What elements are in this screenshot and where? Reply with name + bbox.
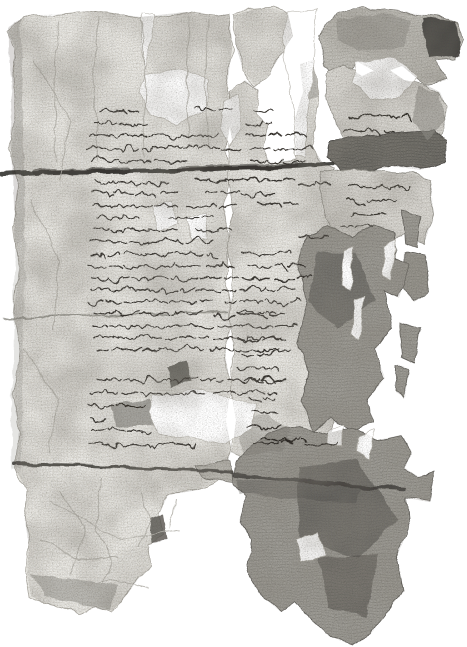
manuscript-scan (0, 0, 467, 647)
grain-overlay (0, 0, 467, 647)
manuscript-figure (0, 0, 467, 647)
page-background: { "meta": { "description": "Facsimile en… (0, 0, 467, 647)
crease-line (170, 500, 176, 528)
